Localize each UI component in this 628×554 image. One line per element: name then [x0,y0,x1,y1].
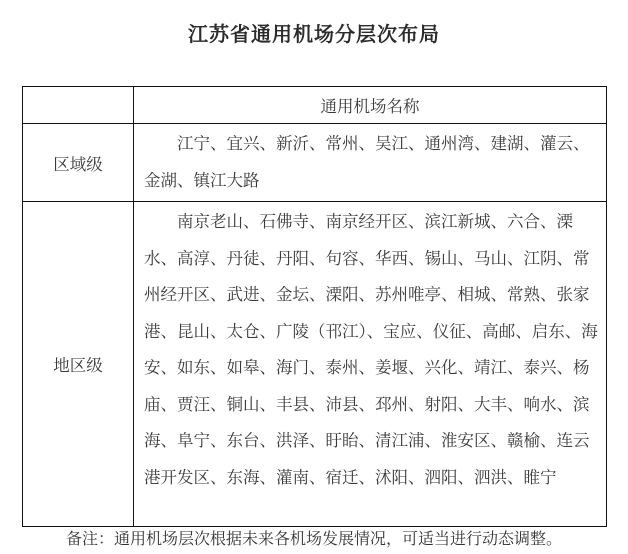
header-level-cell [23,87,134,124]
level-cell-regional: 区域级 [23,124,134,202]
table-header-row: 通用机场名称 [23,87,607,124]
level-cell-local: 地区级 [23,202,134,527]
table-row-local: 地区级 南京老山、石佛寺、南京经开区、滨江新城、六合、溧水、高淳、丹徒、丹阳、句… [23,202,607,527]
airport-layout-table: 通用机场名称 区域级 江宁、宜兴、新沂、常州、吴江、通州湾、建湖、灌云、金湖、镇… [22,86,607,527]
document-title: 江苏省通用机场分层次布局 [0,18,628,47]
header-names-cell: 通用机场名称 [134,87,607,124]
airport-names-regional: 江宁、宜兴、新沂、常州、吴江、通州湾、建湖、灌云、金湖、镇江大路 [134,124,607,202]
footnote: 备注：通用机场层次根据未来各机场发展情况，可适当进行动态调整。 [0,526,628,549]
airport-names-local: 南京老山、石佛寺、南京经开区、滨江新城、六合、溧水、高淳、丹徒、丹阳、句容、华西… [134,202,607,527]
table-row-regional: 区域级 江宁、宜兴、新沂、常州、吴江、通州湾、建湖、灌云、金湖、镇江大路 [23,124,607,202]
